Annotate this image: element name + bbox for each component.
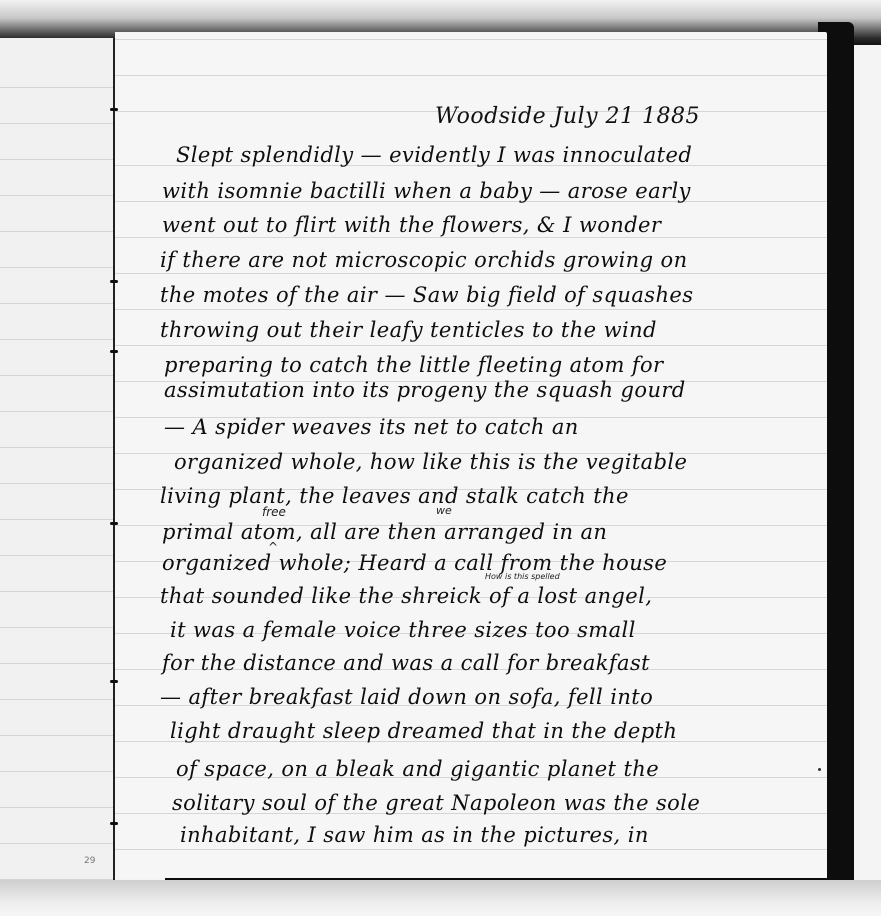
- text-line: it was a female voice three sizes too sm…: [170, 618, 636, 642]
- stitch-mark: [110, 680, 118, 683]
- spelling-note: How is this spelled: [485, 572, 560, 581]
- text-line: assimutation into its progeny the squash…: [164, 378, 686, 402]
- text-line: for the distance and was a call for brea…: [162, 651, 650, 675]
- text-line: went out to flirt with the flowers, & I …: [162, 213, 661, 237]
- text-line: of space, on a bleak and gigantic planet…: [176, 757, 659, 781]
- stitch-mark: [110, 822, 118, 825]
- text-line: — after breakfast laid down on sofa, fel…: [160, 685, 653, 709]
- text-line: organized whole; Heard a call from the h…: [162, 551, 667, 575]
- stitch-mark: [110, 522, 118, 525]
- text-line: preparing to catch the little fleeting a…: [164, 353, 664, 377]
- text-line: solitary soul of the great Napoleon was …: [172, 791, 700, 815]
- text-line: the motes of the air — Saw big field of …: [160, 283, 693, 307]
- stitch-mark: [110, 350, 118, 353]
- text-line: Slept splendidly — evidently I was innoc…: [176, 143, 692, 167]
- text-line: inhabitant, I saw him as in the pictures…: [180, 823, 649, 847]
- text-line: with isomnie bactilli when a baby — aros…: [162, 179, 691, 203]
- text-line: living plant, the leaves and stalk catch…: [160, 484, 629, 508]
- page-number: 29: [84, 856, 95, 866]
- text-line: organized whole, how like this is the ve…: [174, 450, 687, 474]
- book-bottom-shadow: [0, 880, 881, 916]
- text-line: — A spider weaves its net to catch an: [164, 415, 579, 439]
- insert-caret: ^: [268, 540, 278, 554]
- text-line: light draught sleep dreamed that in the …: [170, 719, 677, 743]
- entry-heading: Woodside July 21 1885: [435, 104, 700, 129]
- inserted-word-free: free: [262, 505, 286, 519]
- stitch-mark: [110, 280, 118, 283]
- ink-dot: [818, 768, 821, 771]
- left-page: 29: [0, 38, 114, 887]
- text-line: throwing out their leafy tenticles to th…: [160, 318, 657, 342]
- text-line: if there are not microscopic orchids gro…: [160, 248, 688, 272]
- inserted-word-we: we: [436, 504, 452, 517]
- stitch-mark: [110, 108, 118, 111]
- text-line: that sounded like the shreick of a lost …: [160, 584, 652, 608]
- text-line: primal atom, all are then arranged in an: [162, 520, 607, 544]
- book-spine: [113, 38, 115, 884]
